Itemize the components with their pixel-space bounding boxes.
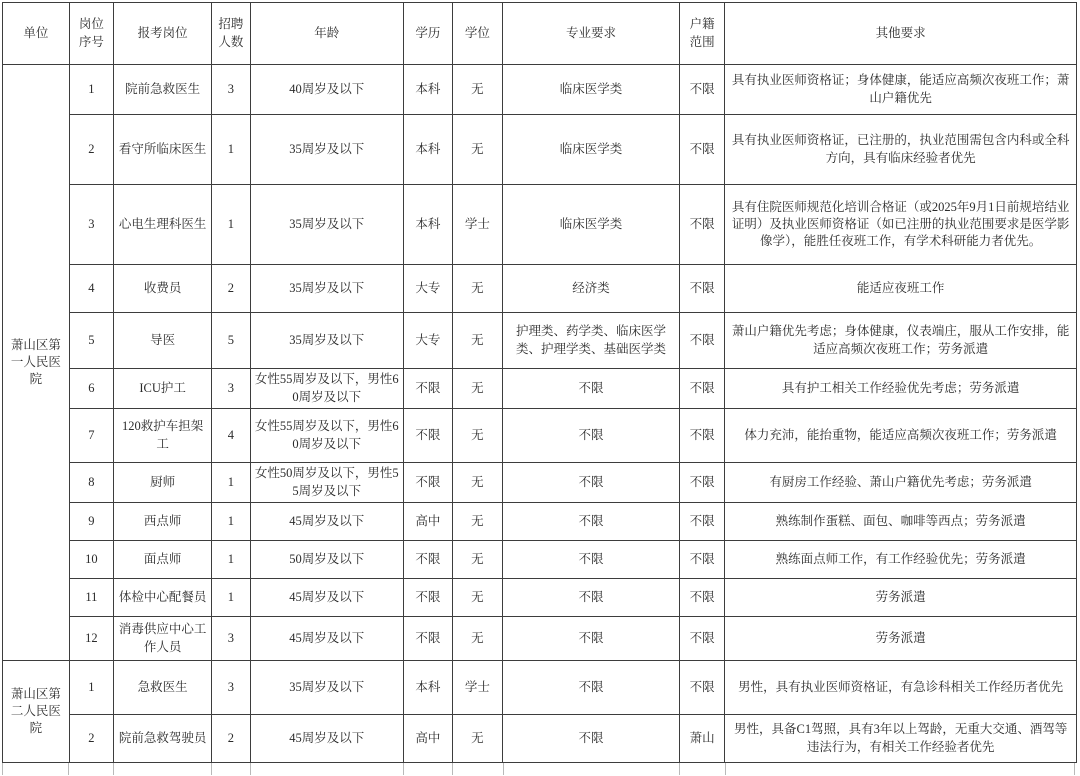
cell-age: 45周岁及以下 [250,617,404,661]
cell-position-no: 2 [69,115,113,185]
cell-education: 不限 [404,579,452,617]
cell-other-requirement: 男性，具有执业医师资格证，有急诊科相关工作经历者优先 [725,661,1077,715]
table-row: 2院前急救驾驶员245周岁及以下高中无不限萧山男性，具备C1驾照，具有3年以上驾… [3,715,1077,763]
cell-education: 本科 [404,185,452,265]
header-cell: 岗位序号 [69,3,113,65]
cell-degree: 无 [452,715,503,763]
cell-education: 本科 [404,661,452,715]
cell-age: 女性50周岁及以下，男性55周岁及以下 [250,463,404,503]
table-row: 3心电生理科医生135周岁及以下本科学士临床医学类不限具有住院医师规范化培训合格… [3,185,1077,265]
cell-age: 40周岁及以下 [250,65,404,115]
cell-degree: 无 [452,65,503,115]
cell-age: 35周岁及以下 [250,115,404,185]
cell-age: 45周岁及以下 [250,503,404,541]
cell-residence-scope: 萧山 [679,715,724,763]
cell-major-requirement: 不限 [503,369,680,409]
cell-other-requirement: 具有护工相关工作经验优先考虑；劳务派遣 [725,369,1077,409]
unit-cell: 萧山区第一人民医院 [3,65,70,661]
cell-degree: 无 [452,503,503,541]
cell-degree: 学士 [452,661,503,715]
cell-other-requirement: 劳务派遣 [725,579,1077,617]
cell-residence-scope: 不限 [679,409,724,463]
cutoff-cell [453,763,504,775]
cell-recruit-count: 3 [212,369,250,409]
unit-cell: 萧山区第二人民医院 [3,661,70,763]
header-cell: 招聘人数 [212,3,250,65]
cell-degree: 无 [452,409,503,463]
cell-degree: 无 [452,369,503,409]
cell-education: 大专 [404,265,452,313]
cell-position-no: 8 [69,463,113,503]
cell-recruit-count: 1 [212,463,250,503]
cell-major-requirement: 不限 [503,579,680,617]
cell-position-name: 导医 [114,313,212,369]
cutoff-cell [212,763,251,775]
table-row: 6ICU护工3女性55周岁及以下，男性60周岁及以下不限无不限不限具有护工相关工… [3,369,1077,409]
cell-position-no: 4 [69,265,113,313]
table-row: 11体检中心配餐员145周岁及以下不限无不限不限劳务派遣 [3,579,1077,617]
cell-residence-scope: 不限 [679,65,724,115]
cell-residence-scope: 不限 [679,463,724,503]
table-row: 9西点师145周岁及以下高中无不限不限熟练制作蛋糕、面包、咖啡等西点；劳务派遣 [3,503,1077,541]
table-row: 萧山区第一人民医院1院前急救医生340周岁及以下本科无临床医学类不限具有执业医师… [3,65,1077,115]
table-row: 8厨师1女性50周岁及以下，男性55周岁及以下不限无不限不限有厨房工作经验、萧山… [3,463,1077,503]
cell-other-requirement: 能适应夜班工作 [725,265,1077,313]
table-row: 7120救护车担架工4女性55周岁及以下，男性60周岁及以下不限无不限不限体力充… [3,409,1077,463]
cell-recruit-count: 1 [212,185,250,265]
recruitment-table: 单位岗位序号报考岗位招聘人数年龄学历学位专业要求户籍范围其他要求 萧山区第一人民… [2,2,1077,763]
cell-education: 高中 [404,715,452,763]
cell-position-no: 7 [69,409,113,463]
cell-age: 35周岁及以下 [250,313,404,369]
cell-position-no: 2 [69,715,113,763]
cell-position-name: 120救护车担架工 [114,409,212,463]
cell-recruit-count: 1 [212,579,250,617]
cell-position-no: 5 [69,313,113,369]
cell-major-requirement: 临床医学类 [503,65,680,115]
cell-other-requirement: 有厨房工作经验、萧山户籍优先考虑；劳务派遣 [725,463,1077,503]
cell-position-no: 1 [69,661,113,715]
cutoff-cell [680,763,726,775]
cell-major-requirement: 临床医学类 [503,115,680,185]
cell-age: 35周岁及以下 [250,661,404,715]
cell-other-requirement: 具有执业医师资格证，已注册的，执业范围需包含内科或全科方向，具有临床经验者优先 [725,115,1077,185]
cell-major-requirement: 不限 [503,661,680,715]
cell-education: 本科 [404,65,452,115]
cell-education: 不限 [404,409,452,463]
cell-position-name: 院前急救驾驶员 [114,715,212,763]
cell-position-name: 面点师 [114,541,212,579]
cell-major-requirement: 不限 [503,617,680,661]
cell-residence-scope: 不限 [679,661,724,715]
cutoff-cell [69,763,114,775]
cell-position-no: 9 [69,503,113,541]
cutoff-cell [114,763,212,775]
cell-age: 50周岁及以下 [250,541,404,579]
cell-education: 不限 [404,617,452,661]
cell-residence-scope: 不限 [679,541,724,579]
header-cell: 其他要求 [725,3,1077,65]
cell-residence-scope: 不限 [679,369,724,409]
cell-major-requirement: 不限 [503,409,680,463]
cell-degree: 无 [452,313,503,369]
header-cell: 户籍范围 [679,3,724,65]
cell-degree: 无 [452,617,503,661]
cell-education: 不限 [404,463,452,503]
cell-recruit-count: 1 [212,541,250,579]
cell-major-requirement: 不限 [503,503,680,541]
cell-degree: 无 [452,579,503,617]
cell-position-no: 11 [69,579,113,617]
cell-other-requirement: 熟练制作蛋糕、面包、咖啡等西点；劳务派遣 [725,503,1077,541]
cutoff-cell [251,763,404,775]
cell-recruit-count: 2 [212,265,250,313]
header-row: 单位岗位序号报考岗位招聘人数年龄学历学位专业要求户籍范围其他要求 [3,3,1077,65]
cell-education: 不限 [404,541,452,579]
cell-recruit-count: 3 [212,617,250,661]
cell-position-no: 3 [69,185,113,265]
cell-residence-scope: 不限 [679,617,724,661]
cell-age: 女性55周岁及以下，男性60周岁及以下 [250,409,404,463]
table-row: 萧山区第二人民医院1急救医生335周岁及以下本科学士不限不限男性，具有执业医师资… [3,661,1077,715]
cell-position-no: 12 [69,617,113,661]
cell-residence-scope: 不限 [679,313,724,369]
cell-age: 35周岁及以下 [250,185,404,265]
cell-age: 45周岁及以下 [250,579,404,617]
cell-recruit-count: 4 [212,409,250,463]
cell-other-requirement: 男性，具备C1驾照，具有3年以上驾龄，无重大交通、酒驾等违法行为，有相关工作经验… [725,715,1077,763]
cell-degree: 无 [452,463,503,503]
cell-major-requirement: 经济类 [503,265,680,313]
table-body: 萧山区第一人民医院1院前急救医生340周岁及以下本科无临床医学类不限具有执业医师… [3,65,1077,763]
cell-recruit-count: 3 [212,661,250,715]
cell-recruit-count: 2 [212,715,250,763]
table-row: 5导医535周岁及以下大专无护理类、药学类、临床医学类、护理学类、基础医学类不限… [3,313,1077,369]
cell-other-requirement: 具有住院医师规范化培训合格证（或2025年9月1日前规培结业证明）及执业医师资格… [725,185,1077,265]
header-cell: 学历 [404,3,452,65]
cell-position-name: 消毒供应中心工作人员 [114,617,212,661]
table-header: 单位岗位序号报考岗位招聘人数年龄学历学位专业要求户籍范围其他要求 [3,3,1077,65]
cell-age: 45周岁及以下 [250,715,404,763]
cell-education: 不限 [404,369,452,409]
table-row: 12消毒供应中心工作人员345周岁及以下不限无不限不限劳务派遣 [3,617,1077,661]
cell-position-name: 西点师 [114,503,212,541]
cell-degree: 无 [452,265,503,313]
cell-position-no: 10 [69,541,113,579]
cell-other-requirement: 熟练面点师工作，有工作经验优先；劳务派遣 [725,541,1077,579]
cell-education: 大专 [404,313,452,369]
cell-other-requirement: 体力充沛，能抬重物，能适应高频次夜班工作；劳务派遣 [725,409,1077,463]
cell-position-name: 收费员 [114,265,212,313]
cell-recruit-count: 3 [212,65,250,115]
header-cell: 年龄 [250,3,404,65]
cell-major-requirement: 不限 [503,541,680,579]
cell-position-name: 急救医生 [114,661,212,715]
cell-other-requirement: 劳务派遣 [725,617,1077,661]
cell-position-no: 1 [69,65,113,115]
header-cell: 专业要求 [503,3,680,65]
cell-position-name: 心电生理科医生 [114,185,212,265]
table-row: 10面点师150周岁及以下不限无不限不限熟练面点师工作，有工作经验优先；劳务派遣 [3,541,1077,579]
cell-position-no: 6 [69,369,113,409]
header-cell: 单位 [3,3,70,65]
cell-major-requirement: 不限 [503,715,680,763]
header-cell: 学位 [452,3,503,65]
cell-position-name: ICU护工 [114,369,212,409]
cutoff-next-row [2,763,1080,775]
cell-degree: 学士 [452,185,503,265]
cell-major-requirement: 不限 [503,463,680,503]
cell-residence-scope: 不限 [679,185,724,265]
cell-other-requirement: 具有执业医师资格证；身体健康，能适应高频次夜班工作；萧山户籍优先 [725,65,1077,115]
cell-major-requirement: 临床医学类 [503,185,680,265]
cell-education: 高中 [404,503,452,541]
cell-degree: 无 [452,115,503,185]
header-cell: 报考岗位 [114,3,212,65]
cell-major-requirement: 护理类、药学类、临床医学类、护理学类、基础医学类 [503,313,680,369]
cell-position-name: 体检中心配餐员 [114,579,212,617]
cutoff-cell [2,763,69,775]
cell-residence-scope: 不限 [679,579,724,617]
cell-position-name: 看守所临床医生 [114,115,212,185]
cell-position-name: 厨师 [114,463,212,503]
cell-education: 本科 [404,115,452,185]
cell-age: 35周岁及以下 [250,265,404,313]
cell-residence-scope: 不限 [679,503,724,541]
table-row: 4收费员235周岁及以下大专无经济类不限能适应夜班工作 [3,265,1077,313]
cutoff-cell [504,763,680,775]
cell-position-name: 院前急救医生 [114,65,212,115]
table-row: 2看守所临床医生135周岁及以下本科无临床医学类不限具有执业医师资格证，已注册的… [3,115,1077,185]
cutoff-cell [726,763,1075,775]
cutoff-cell [404,763,453,775]
page: 单位岗位序号报考岗位招聘人数年龄学历学位专业要求户籍范围其他要求 萧山区第一人民… [0,0,1080,775]
cell-residence-scope: 不限 [679,115,724,185]
cell-age: 女性55周岁及以下，男性60周岁及以下 [250,369,404,409]
cell-recruit-count: 1 [212,503,250,541]
cell-other-requirement: 萧山户籍优先考虑；身体健康，仪表端庄，服从工作安排，能适应高频次夜班工作；劳务派… [725,313,1077,369]
cell-recruit-count: 1 [212,115,250,185]
cell-residence-scope: 不限 [679,265,724,313]
cell-degree: 无 [452,541,503,579]
cell-recruit-count: 5 [212,313,250,369]
